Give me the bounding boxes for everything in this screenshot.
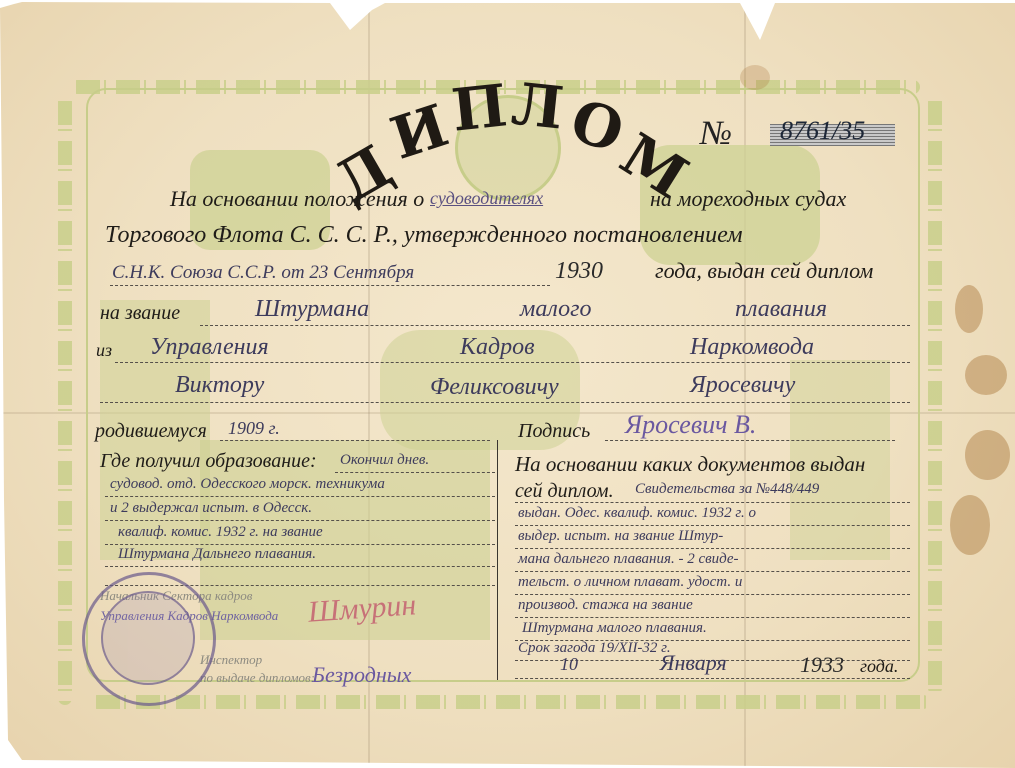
- documents-line-1: Свидетельства за №448/449: [635, 481, 819, 498]
- faded-print-line-4: по выдаче дипломов:: [200, 670, 315, 686]
- diploma-number: 8761/35: [780, 116, 865, 146]
- issue-date-day: 10: [560, 654, 578, 675]
- diploma-title: Д И П Л О М: [330, 70, 690, 190]
- dotted-line: [515, 678, 910, 679]
- dotted-line: [105, 496, 495, 497]
- dotted-line: [105, 566, 495, 567]
- body-line2-printed: Торгового Флота С. С. С. Р., утвержденно…: [105, 222, 743, 249]
- body-line1-handwritten: судоводителях: [430, 188, 543, 209]
- dotted-line: [200, 325, 910, 326]
- dotted-line: [515, 594, 910, 595]
- from-value-3: Наркомвода: [690, 334, 814, 361]
- dotted-line: [515, 571, 910, 572]
- water-stain: [965, 430, 1010, 480]
- education-line-5: Штурмана Дальнего плавания.: [118, 546, 316, 563]
- chain-border-left: [58, 95, 72, 705]
- number-label: №: [700, 115, 732, 153]
- holder-patronymic: Феликсовичу: [430, 374, 559, 401]
- documents-line-7: Штурмана малого плавания.: [522, 620, 707, 637]
- signature-label: Подпись: [518, 420, 590, 443]
- body-line1-printed-a: На основании положения о: [170, 186, 424, 212]
- rank-value-2: малого: [520, 296, 591, 323]
- dotted-line: [515, 525, 910, 526]
- purple-signature: Безродных: [312, 662, 411, 688]
- chain-border-bottom: [90, 695, 930, 709]
- documents-line-8: Срок загода 19/XII-32 г.: [518, 640, 671, 657]
- documents-line-6: производ. стажа на звание: [518, 597, 693, 614]
- dotted-line: [335, 472, 495, 473]
- chain-border-right: [928, 95, 942, 695]
- documents-line-4: мана дальнего плавания. - 2 свиде-: [518, 551, 739, 568]
- holder-surname: Яросевичу: [690, 372, 795, 399]
- diploma-paper: Д И П Л О М № 8761/35 На основании полож…: [0, 0, 1015, 768]
- documents-label-a: На основании каких документов выдан: [515, 452, 865, 477]
- education-label: Где получил образование:: [100, 450, 317, 473]
- dotted-line: [515, 502, 910, 503]
- rank-value-3: плавания: [735, 296, 827, 323]
- documents-line-2: выдан. Одес. квалиф. комис. 1932 г. о: [518, 505, 756, 522]
- dotted-line: [110, 285, 550, 286]
- dotted-line: [105, 544, 495, 545]
- dotted-line: [605, 440, 895, 441]
- dotted-line: [105, 520, 495, 521]
- dotted-line: [100, 402, 910, 403]
- holder-signature: Яросевич В.: [625, 410, 756, 440]
- documents-label-b: сей диплом.: [515, 480, 614, 503]
- education-line-2: судовод. отд. Одесского морск. техникума: [110, 476, 385, 493]
- dotted-line: [515, 617, 910, 618]
- water-stain: [965, 355, 1007, 395]
- dotted-line: [220, 440, 490, 441]
- body-line1-printed-b: на мореходных судах: [650, 186, 846, 212]
- from-value-1: Управления: [150, 334, 269, 361]
- body-line3-printed: года, выдан сей диплом: [655, 258, 873, 284]
- from-label: из: [96, 340, 112, 361]
- born-label: родившемуся: [95, 420, 207, 443]
- decree-reference: С.Н.К. Союза С.С.Р. от 23 Сентября: [112, 262, 414, 284]
- official-stamp: [82, 572, 216, 706]
- dotted-line: [115, 362, 910, 363]
- issue-date-month: Января: [660, 650, 727, 676]
- rank-label: на звание: [100, 302, 180, 325]
- born-value: 1909 г.: [228, 418, 280, 439]
- documents-line-5: тельст. о личном плават. удост. и: [518, 574, 742, 591]
- issue-date-year: 1933: [800, 652, 844, 678]
- holder-first-name: Виктору: [175, 372, 264, 399]
- dotted-line: [515, 548, 910, 549]
- rank-value-1: Штурмана: [255, 296, 369, 323]
- from-value-2: Кадров: [460, 334, 535, 361]
- education-line-3: и 2 выдержал испыт. в Одесск.: [110, 500, 312, 517]
- column-divider: [497, 440, 498, 680]
- water-stain: [955, 285, 983, 333]
- education-line-1: Окончил днев.: [340, 452, 429, 469]
- water-stain: [740, 65, 770, 90]
- water-stain: [950, 495, 990, 555]
- decree-year: 1930: [555, 258, 603, 285]
- stamp-emblem: [101, 591, 195, 685]
- documents-line-3: выдер. испыт. на звание Штур-: [518, 528, 723, 545]
- education-line-4: квалиф. комис. 1932 г. на звание: [118, 524, 323, 541]
- issue-date-suffix: года.: [860, 656, 898, 677]
